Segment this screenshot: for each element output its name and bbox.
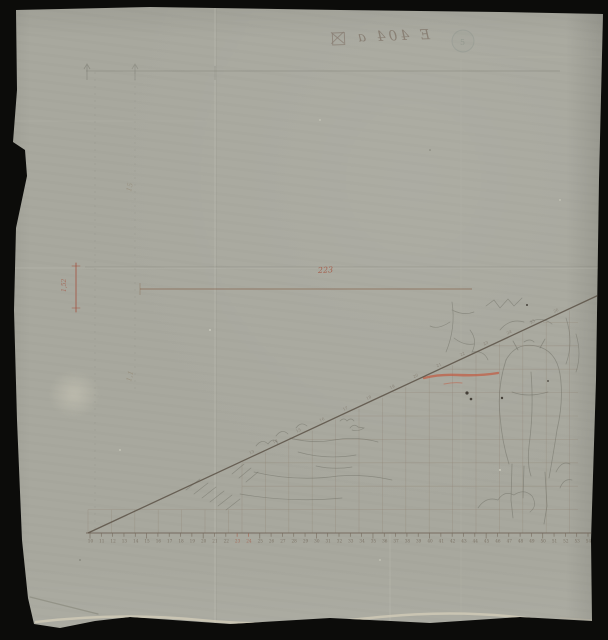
corner-fold-line: [30, 597, 98, 614]
bottom-edge-highlight: [36, 613, 540, 623]
left-red-note: 1,52: [61, 278, 68, 292]
animal-tail: [528, 372, 532, 476]
top-tick-arrow-1: [84, 64, 90, 80]
ruler-number: 29: [303, 539, 309, 544]
animal-flank-outline: [499, 360, 509, 464]
paper-specks: [79, 119, 561, 561]
ruler-number: 12: [110, 539, 116, 544]
ink-spot: [501, 397, 503, 399]
ruler-scale: 1011121314151617181920212223242526272829…: [88, 534, 592, 544]
ruler-number: 27: [280, 539, 286, 544]
ruler-number: 24: [246, 539, 252, 544]
ink-spot: [470, 398, 473, 401]
ruler-number: 17: [167, 539, 173, 544]
ruler-number: 53: [574, 539, 580, 544]
tree-sketch: [430, 302, 474, 352]
speck: [209, 329, 211, 331]
ink-spot: [465, 391, 468, 394]
collection-stamp: 5: [452, 30, 474, 52]
diagonal-number: 26: [553, 307, 560, 314]
diagonal-number: 20: [412, 372, 419, 379]
diagonal-number: 19: [389, 383, 396, 390]
ruler-number: 43: [461, 539, 467, 544]
ruler-number: 31: [325, 539, 331, 544]
paper-sheet: E 404 a: [0, 0, 608, 640]
ruler-number: 34: [359, 539, 365, 544]
ruler-number: 51: [552, 539, 558, 544]
diagonal-number: 13: [248, 449, 255, 456]
animal-back-outline: [506, 345, 561, 478]
ruler-number: 45: [484, 539, 490, 544]
ruler-number: 49: [529, 539, 535, 544]
speck: [559, 199, 561, 201]
ruler-number: 46: [495, 539, 501, 544]
ruler-number: 30: [314, 539, 320, 544]
ink-spot: [526, 304, 528, 306]
diagonal-number: 16: [319, 416, 326, 423]
ruler-number: 11: [99, 539, 105, 544]
mid-red-number: 223: [317, 265, 334, 275]
transfer-grid: [88, 311, 578, 533]
torn-edge-details: [30, 597, 592, 624]
ruler-number: 10: [88, 539, 94, 544]
speck: [79, 559, 81, 561]
diagonal-number: 15: [295, 427, 302, 434]
diagonal-numbers: 1314151617181920212223242526: [248, 307, 559, 456]
drawing-overlay: 223 1,52 15 1,1 5 1314151617181920212223…: [0, 0, 608, 640]
diagonal-line: [88, 294, 601, 533]
ruler-number: 23: [235, 539, 241, 544]
ruler-number: 14: [133, 539, 139, 544]
animal-legs: [511, 464, 547, 524]
speck: [429, 149, 431, 151]
diagonal-number: 24: [506, 329, 513, 336]
ruler-number: 39: [416, 539, 422, 544]
stamp-number: 5: [460, 38, 465, 47]
ruler-number: 18: [178, 539, 184, 544]
water-ground-sketch: [240, 438, 392, 500]
upper-left-note: 15: [125, 182, 135, 193]
ruler-number: 33: [348, 539, 354, 544]
right-edge-highlight: [560, 618, 592, 620]
ruler-number: 37: [393, 539, 399, 544]
ruler-number: 35: [371, 539, 377, 544]
ruler-number: 21: [212, 539, 218, 544]
ruler-number: 54: [586, 539, 592, 544]
ruler-number: 40: [427, 539, 433, 544]
lower-left-note: 1,1: [125, 370, 135, 383]
ruler-number: 47: [507, 539, 513, 544]
animal-sketch: [499, 339, 561, 524]
diagonal-number: 23: [482, 340, 489, 347]
foliage-right-sketch: [500, 318, 579, 372]
diagonal-number: 18: [365, 394, 372, 401]
ruler-number: 41: [439, 539, 445, 544]
ruler-number: 52: [563, 539, 569, 544]
ruler-number: 15: [144, 539, 150, 544]
ruler-number: 28: [292, 539, 298, 544]
speck: [119, 449, 121, 451]
birds-sketch: [340, 419, 364, 431]
red-underline-mark: [444, 383, 462, 384]
photo-frame: E 404 a: [0, 0, 608, 640]
ruler-number: 19: [190, 539, 196, 544]
diagonal-number: 22: [459, 350, 466, 357]
ruler-number: 38: [405, 539, 411, 544]
ruler-number: 42: [450, 539, 456, 544]
ruler-number: 48: [518, 539, 524, 544]
diagonal-number: 17: [342, 405, 349, 412]
speck: [319, 119, 321, 121]
ruler-number: 22: [224, 539, 230, 544]
ink-spot: [547, 380, 549, 382]
animal-head-ears: [512, 339, 548, 395]
ruler-number: 32: [337, 539, 343, 544]
speck: [499, 469, 501, 471]
ruler-number: 36: [382, 539, 388, 544]
diagonal-number: 21: [436, 362, 443, 369]
ruler-number: 50: [541, 539, 547, 544]
ruler-number: 44: [473, 539, 479, 544]
red-annotations: [72, 263, 498, 384]
speck: [379, 559, 381, 561]
ruler-number: 13: [122, 539, 128, 544]
diagonal-number: 25: [529, 318, 536, 325]
ruler-number: 16: [156, 539, 162, 544]
ruler-number: 25: [258, 539, 264, 544]
ruler-number: 20: [201, 539, 207, 544]
bush-sketch: [478, 463, 572, 512]
ruler-number: 26: [269, 539, 275, 544]
